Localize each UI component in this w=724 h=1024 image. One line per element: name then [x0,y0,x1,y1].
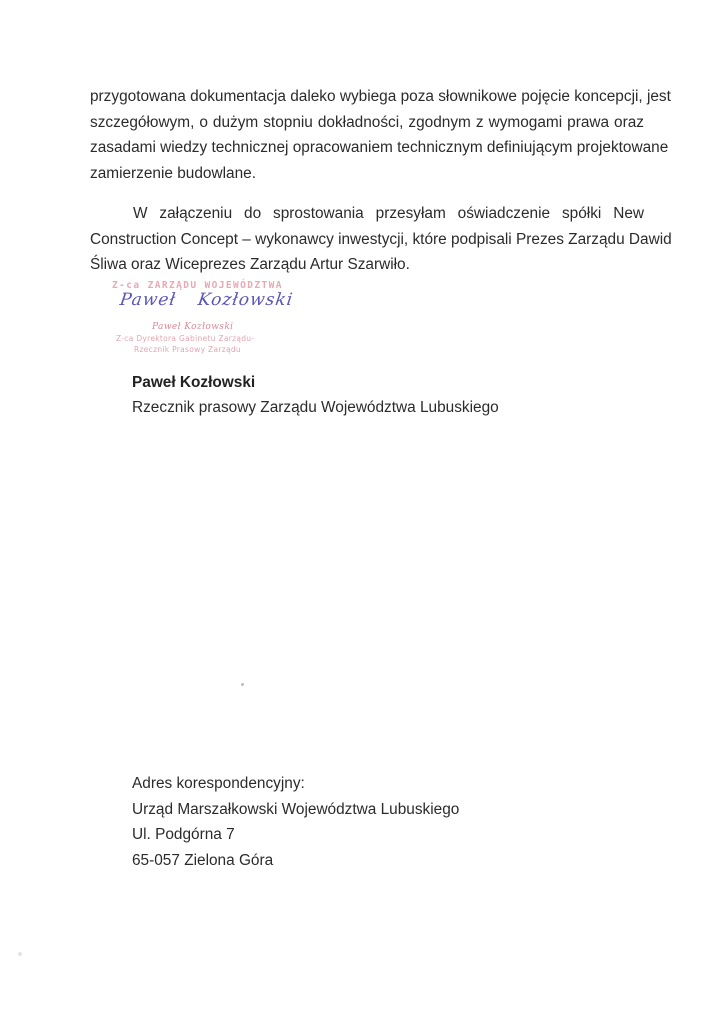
paragraph-documentation: przygotowana dokumentacja daleko wybiega… [90,84,644,186]
text-line: zasadami wiedzy technicznej opracowaniem… [90,135,644,161]
address-city: 65-057 Zielona Góra [132,848,459,874]
text-line: Śliwa oraz Wiceprezes Zarządu Artur Szar… [90,252,644,278]
text-line: przygotowana dokumentacja daleko wybiega… [90,84,644,110]
text-line: szczegółowym, o dużym stopniu dokładnośc… [90,110,644,136]
signature-first-name: Paweł [119,290,178,310]
scan-speck [18,952,22,956]
address-street: Ul. Podgórna 7 [132,822,459,848]
handwritten-signature: PawełKozłowski [119,290,295,310]
signatory-name: Paweł Kozłowski [132,370,499,395]
signatory-block: Paweł Kozłowski Rzecznik prasowy Zarządu… [132,370,499,420]
text-line: Construction Concept – wykonawcy inwesty… [90,227,644,253]
document-page: przygotowana dokumentacja daleko wybiega… [0,0,724,1024]
stamp-position-line: Rzecznik Prasowy Zarządu [134,345,241,354]
correspondence-address: Adres korespondencyjny: Urząd Marszałkow… [132,771,459,873]
text-line: W załączeniu do sprostowania przesyłam o… [90,201,644,227]
scan-speck [241,683,244,686]
official-stamp: Z-ca ZARZĄDU WOJEWÓDZTWA PawełKozłowski … [112,280,312,360]
stamp-name: Paweł Kozłowski [152,322,233,332]
stamp-position-line: Z-ca Dyrektora Gabinetu Zarządu- [116,334,254,343]
text-line: zamierzenie budowlane. [90,161,644,187]
address-label: Adres korespondencyjny: [132,771,459,797]
paragraph-attachment: W załączeniu do sprostowania przesyłam o… [90,201,644,278]
signature-last-name: Kozłowski [197,290,295,310]
address-institution: Urząd Marszałkowski Województwa Lubuskie… [132,797,459,823]
signatory-title: Rzecznik prasowy Zarządu Województwa Lub… [132,395,499,420]
